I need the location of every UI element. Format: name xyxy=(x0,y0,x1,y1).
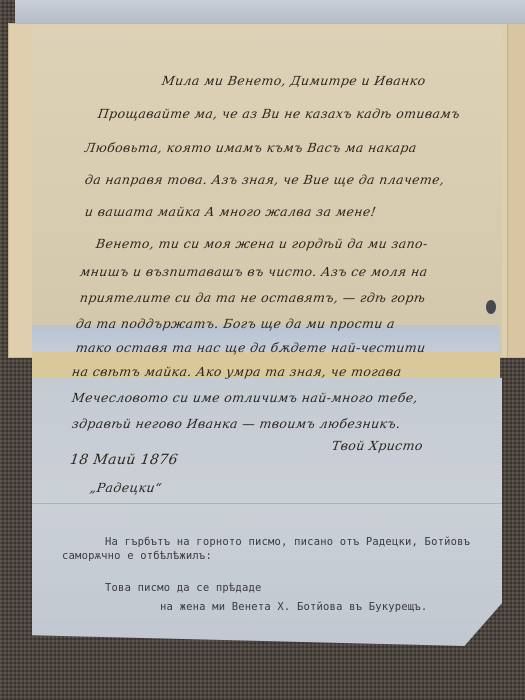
letter-line: да направя това. Азъ зная, че Вие ще да … xyxy=(84,172,446,187)
letter-line: да та поддържатъ. Богъ ще да ми прости а xyxy=(75,316,396,331)
letter-date: 18 Маий 1876 xyxy=(69,452,179,468)
letter-line: Венето, ти си моя жена и гордѣй да ми за… xyxy=(95,236,429,251)
letter-line: приятелите си да та не оставятъ, — гдѣ г… xyxy=(79,290,427,305)
paper-crease xyxy=(32,503,502,504)
letter-place: „Радецки“ xyxy=(89,480,163,495)
letter-line: тако оставя та нас ще да бѫдете най-чест… xyxy=(75,340,427,355)
letter-line: на свѣтъ майка. Ако умра та зная, че тог… xyxy=(71,364,403,379)
typed-quote-line: на жена ми Венета Х. Ботйова въ Букурещъ… xyxy=(160,601,427,613)
ink-blot xyxy=(486,300,496,314)
letter-line: и вашата майка А много жалва за мене! xyxy=(84,204,377,219)
letter-signature: Твой Христо xyxy=(331,438,424,453)
typed-note-line: саморѫчно е отбѣлѣжилъ: xyxy=(62,550,212,563)
letter-line: Мечесловото си име отличимъ най-много те… xyxy=(71,390,419,405)
paper-fold xyxy=(507,24,525,357)
letter-line: здравѣй негово Иванка — твоимъ любезникъ… xyxy=(71,416,402,431)
letter-line: Прощавайте ма, че аз Ви не казахъ кадѣ о… xyxy=(97,106,461,121)
typed-note-line: На гърбътъ на горното писмо, писано отъ … xyxy=(105,536,470,548)
letter-salutation: Мила ми Венето, Димитре и Иванко xyxy=(161,73,427,88)
letter-line: мнишъ и възпитавашъ въ чисто. Азъ се мол… xyxy=(79,264,429,279)
letter-line: Любовьта, която имамъ къмъ Васъ ма накар… xyxy=(84,140,418,155)
typed-quote-line: Това писмо да се прѣдаде xyxy=(105,582,262,594)
